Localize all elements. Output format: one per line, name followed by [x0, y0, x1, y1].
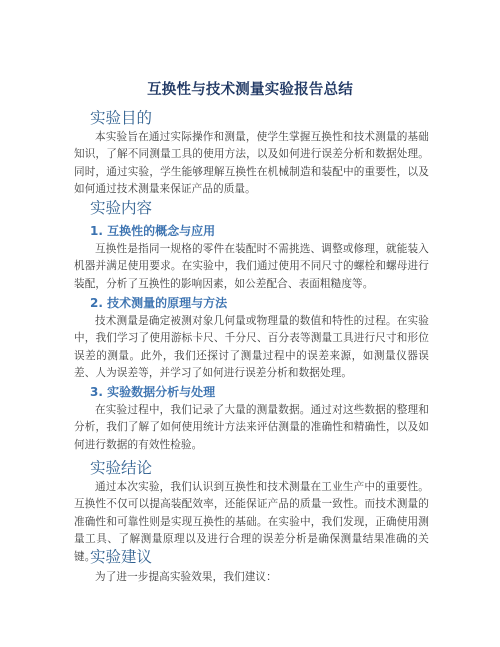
- section-heading-suggestions: 实验建议: [90, 545, 152, 567]
- subsection-heading-interchangeability: 1. 互换性的概念与应用: [90, 222, 215, 239]
- subsection-heading-measurement: 2. 技术测量的原理与方法: [90, 294, 227, 311]
- subsection-paragraph-interchangeability: 互换性是指同一规格的零件在装配时不需挑选、调整或修理，就能装入机器并满足使用要求…: [74, 241, 429, 293]
- section-heading-content: 实验内容: [90, 196, 152, 218]
- section-heading-conclusion: 实验结论: [90, 456, 152, 478]
- section-paragraph-purpose: 本实验旨在通过实际操作和测量，使学生掌握互换性和技术测量的基础知识，了解不同测量…: [74, 129, 429, 199]
- section-paragraph-suggestions: 为了进一步提高实验效果，我们建议：: [74, 569, 429, 586]
- document-page: 互换性与技术测量实验报告总结 实验目的 本实验旨在通过实际操作和测量，使学生掌握…: [0, 0, 500, 647]
- subsection-paragraph-data-analysis: 在实验过程中，我们记录了大量的测量数据。通过对这些数据的整理和分析，我们了解了如…: [74, 402, 429, 454]
- subsection-paragraph-measurement: 技术测量是确定被测对象几何量或物理量的数值和特性的过程。在实验中，我们学习了使用…: [74, 313, 429, 383]
- document-title: 互换性与技术测量实验报告总结: [0, 78, 500, 99]
- subsection-heading-data-analysis: 3. 实验数据分析与处理: [90, 383, 215, 400]
- section-heading-purpose: 实验目的: [90, 106, 152, 128]
